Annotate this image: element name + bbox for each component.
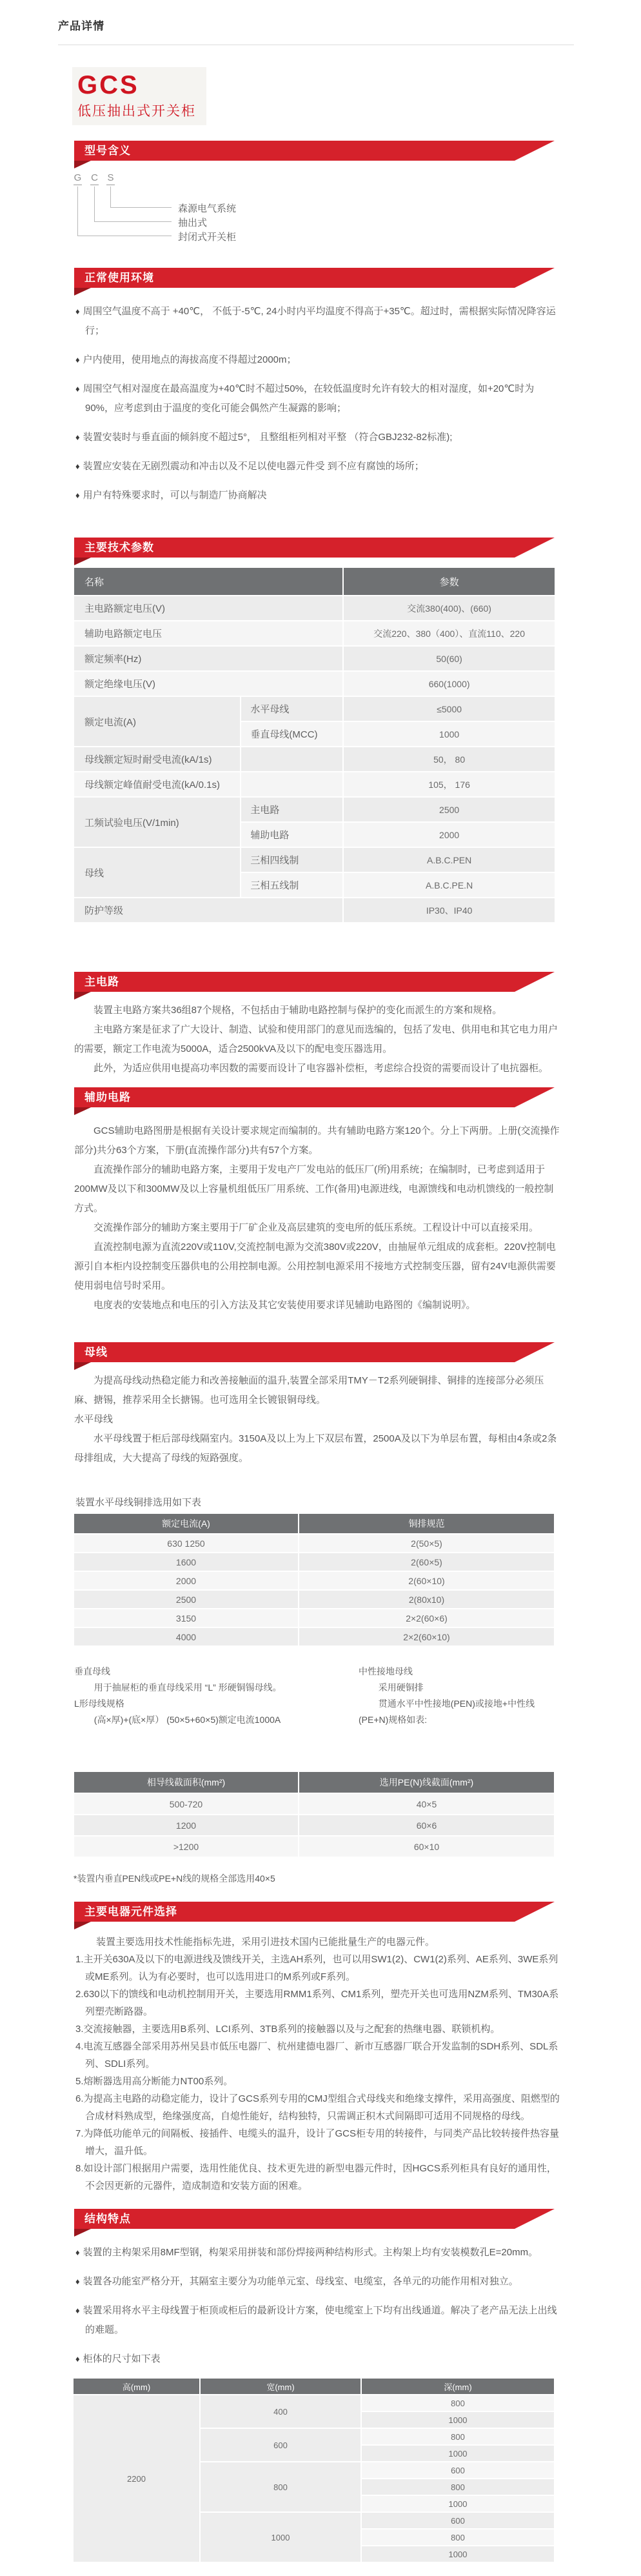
structure-bullet: 装置的主构架采用8MF型钢，构架采用拼装和部份焊接两种结构形式。主构架上均有安装… <box>75 2243 562 2262</box>
component-item: 2.630以下的馈线和电动机控制用开关，主要选用RMM1系列、CM1系列，塑壳开… <box>75 1986 564 2020</box>
depth-cell: 600 <box>362 2513 554 2530</box>
param-value: 50(60) <box>344 647 555 672</box>
component-item: 6.为提高主电路的动稳定能力，设计了GCS系列专用的CMJ型组合式母线夹和绝缘支… <box>75 2090 564 2125</box>
section-heading: 主电路 <box>74 972 555 992</box>
environment-bullets: 周围空气温度不高于 +40℃， 不低于-5℃, 24小时内平均温度不得高于+35… <box>75 302 562 505</box>
paragraph: 交流操作部分的辅助方案主要用于厂矿企业及高层建筑的变电所的低压系统。工程设计中可… <box>74 1218 562 1238</box>
table-cell: 2×2(60×6) <box>299 1609 554 1628</box>
paragraph: GCS辅助电路图册是根据有关设计要求规定而编制的。共有辅助电路方案120个。分上… <box>74 1122 562 1160</box>
product-subtitle: 低压抽出式开关柜 <box>77 101 196 120</box>
table-cell: 2(60×10) <box>299 1572 554 1591</box>
param-sublabel: 三相四线制 <box>241 848 344 873</box>
section-ribbon-main-circuit: 主电路 <box>74 972 555 992</box>
section-ribbon-aux-circuit: 辅助电路 <box>74 1087 555 1107</box>
param-sublabel-empty <box>241 772 344 798</box>
section-heading: 结构特点 <box>74 2209 555 2229</box>
model-meaning-diagram: G C S 森源电气系统 抽出式 封闭式开关柜 <box>74 172 641 252</box>
table-cell: 2(80x10) <box>299 1591 554 1609</box>
horizontal-busbar-title: 水平母线 <box>74 1410 562 1429</box>
table-cell: 60×10 <box>299 1836 554 1858</box>
page-title: 产品详情 <box>58 20 104 32</box>
l-busbar-spec-title: L形母线规格 <box>74 1696 359 1712</box>
ribbon-bar: 正常使用环境 <box>74 268 555 288</box>
env-bullet: 装置应安装在无剧烈震动和冲击以及不足以使电器元件受 到不应有腐蚀的场所； <box>75 457 562 476</box>
param-value: 105， 176 <box>344 772 555 798</box>
ribbon-bar: 主要电器元件选择 <box>74 1902 555 1922</box>
table-cell: 500-720 <box>74 1794 299 1815</box>
pe-table-footnote: *装置内垂直PEN线或PE+N线的规格全部选用40×5 <box>74 1872 641 1885</box>
section-ribbon-model-meaning: 型号含义 <box>74 141 555 161</box>
env-bullet: 用户有特殊要求时，可以与制造厂协商解决 <box>75 486 562 505</box>
param-sublabel-empty <box>241 747 344 772</box>
param-sublabel: 水平母线 <box>241 697 344 722</box>
table-cell: 2×2(60×10) <box>299 1628 554 1647</box>
param-value: 660(1000) <box>344 672 555 697</box>
main-circuit-text: 装置主电路方案共36组87个规格，不包括由于辅助电路控制与保护的变化而派生的方案… <box>74 1001 562 1078</box>
neutral-busbar-title: 中性接地母线 <box>359 1664 562 1680</box>
vertical-busbar-desc: 用于抽屉柜的垂直母线采用 “L” 形硬铜锡母线。 <box>74 1680 359 1696</box>
components-intro: 装置主要选用技术性能指标先进，采用引进技术国内已能批量生产的电器元件。 <box>77 1933 564 1951</box>
product-logo: GCS 低压抽出式开关柜 <box>72 67 206 125</box>
width-cell: 1000 <box>201 2513 362 2563</box>
param-label: 额定频率(Hz) <box>74 647 344 672</box>
model-letter-g: G <box>74 172 82 185</box>
section-ribbon-tech-params: 主要技术参数 <box>74 538 555 558</box>
env-bullet: 周围空气相对湿度在最高温度为+40℃时不超过50%，在较低温度时允许有较大的相对… <box>75 379 562 418</box>
model-letter-s: S <box>106 172 115 185</box>
ribbon-bar: 主要技术参数 <box>74 538 555 558</box>
param-value: IP30、IP40 <box>344 898 555 923</box>
component-item: 8.如设计部门根据用户需要，选用性能优良、技术更先进的新型电器元件时，因HGCS… <box>75 2160 564 2195</box>
structure-bullet: 柜体的尺寸如下表 <box>75 2350 562 2369</box>
table-cell: 2(50×5) <box>299 1535 554 1553</box>
bottom-padding <box>0 2563 641 2576</box>
diagram-line <box>94 186 95 221</box>
width-cell: 400 <box>201 2395 362 2429</box>
model-label-g: 封闭式开关柜 <box>178 230 236 243</box>
structure-bullet: 装置各功能室严格分开，其隔室主要分为功能单元室、母线室、电缆室，各单元的功能作用… <box>75 2272 562 2291</box>
page-header: 产品详情 <box>0 0 641 33</box>
components-list: 装置主要选用技术性能指标先进，采用引进技术国内已能批量生产的电器元件。 1.主开… <box>75 1933 564 2195</box>
section-heading: 母线 <box>74 1342 555 1362</box>
column-header: 参数 <box>344 568 555 596</box>
param-value: A.B.C.PE.N <box>344 873 555 898</box>
ribbon-bar: 辅助电路 <box>74 1087 555 1107</box>
paragraph: 为提高母线动热稳定能力和改善接触面的温升,装置全部采用TMY－T2系列硬铜排、铜… <box>74 1371 562 1410</box>
header-divider <box>58 45 574 45</box>
column-header: 铜排规范 <box>299 1514 554 1535</box>
column-header: 选用PE(N)线截面(mm²) <box>299 1772 554 1794</box>
param-sublabel: 垂直母线(MCC) <box>241 722 344 747</box>
depth-cell: 800 <box>362 2429 554 2446</box>
table-cell: 1600 <box>74 1553 299 1572</box>
depth-cell: 800 <box>362 2530 554 2546</box>
table-cell: 1200 <box>74 1815 299 1836</box>
paragraph: 直流操作部分的辅助电路方案，主要用于发电产厂发电站的低压厂(所)用系统；在编制时… <box>74 1160 562 1218</box>
height-cell: 2200 <box>74 2395 201 2563</box>
paragraph: 电度表的安装地点和电压的引入方法及其它安装使用要求详见辅助电路图的《编制说明》。 <box>74 1296 562 1315</box>
aux-circuit-text: GCS辅助电路图册是根据有关设计要求规定而编制的。共有辅助电路方案120个。分上… <box>74 1122 562 1315</box>
env-bullet: 周围空气温度不高于 +40℃， 不低于-5℃, 24小时内平均温度不得高于+35… <box>75 302 562 341</box>
section-heading: 正常使用环境 <box>74 268 555 288</box>
depth-cell: 800 <box>362 2479 554 2496</box>
param-sublabel: 三相五线制 <box>241 873 344 898</box>
diagram-line <box>77 236 172 236</box>
paragraph: 直流控制电源为直流220V或110V,交流控制电源为交流380V或220V，由抽… <box>74 1238 562 1296</box>
table-cell: 2000 <box>74 1572 299 1591</box>
section-ribbon-structure: 结构特点 <box>74 2209 555 2229</box>
param-value: 交流380(400)、(660) <box>344 596 555 621</box>
cabinet-dimensions-table: 高(mm) 宽(mm) 深(mm) 2200 400 800 1000 600 … <box>74 2379 554 2563</box>
column-header: 额定电流(A) <box>74 1514 299 1535</box>
param-label: 辅助电路额定电压 <box>74 621 344 647</box>
param-label: 工频试验电压(V/1min) <box>74 798 241 848</box>
tech-params-table: 名称 参数 主电路额定电压(V) 交流380(400)、(660) 辅助电路额定… <box>74 568 555 923</box>
table-cell: 2(60×5) <box>299 1553 554 1572</box>
product-detail-page: 产品详情 GCS 低压抽出式开关柜 型号含义 G C S 森源电气系统 抽出式 … <box>0 0 641 2576</box>
param-value: 2500 <box>344 798 555 823</box>
column-header: 相导线截面积(mm²) <box>74 1772 299 1794</box>
component-item: 3.交流接触器，主要选用B系列、LCI系列、3TB系列的接触器以及与之配套的热继… <box>75 2020 564 2038</box>
section-heading: 辅助电路 <box>74 1087 555 1107</box>
table-cell: 60×6 <box>299 1815 554 1836</box>
component-item: 5.熔断器选用高分断能力NT00系列。 <box>75 2073 564 2090</box>
env-bullet: 装置安装时与垂直面的倾斜度不超过5°， 且整组柜列相对平整 （符合GBJ232-… <box>75 428 562 447</box>
neutral-busbar-line: 采用硬铜排 <box>359 1680 562 1696</box>
depth-cell: 1000 <box>362 2546 554 2563</box>
column-header: 名称 <box>74 568 344 596</box>
section-ribbon-components: 主要电器元件选择 <box>74 1902 555 1922</box>
param-value: ≤5000 <box>344 697 555 722</box>
param-value: 2000 <box>344 823 555 848</box>
diagram-line <box>94 221 172 222</box>
neutral-busbar-line: 贯通水平中性接地(PEN)或接地+中性线 <box>359 1696 562 1712</box>
param-label: 母线额定短时耐受电流(kA/1s) <box>74 747 241 772</box>
selection-table-caption: 装置水平母线铜排选用如下表 <box>75 1495 641 1509</box>
vertical-busbar-title: 垂直母线 <box>74 1664 359 1680</box>
model-label-s: 森源电气系统 <box>178 201 236 215</box>
depth-cell: 800 <box>362 2395 554 2412</box>
param-sublabel: 辅助电路 <box>241 823 344 848</box>
product-name: GCS <box>77 72 196 98</box>
depth-cell: 1000 <box>362 2446 554 2462</box>
param-value: 交流220、380（400）、直流110、220 <box>344 621 555 647</box>
depth-cell: 600 <box>362 2462 554 2479</box>
column-header: 宽(mm) <box>201 2379 362 2395</box>
table-cell: 2500 <box>74 1591 299 1609</box>
column-header: 高(mm) <box>74 2379 201 2395</box>
table-cell: 630 1250 <box>74 1535 299 1553</box>
model-letter-c: C <box>90 172 99 185</box>
paragraph: 此外，为适应供用电提高功率因数的需要而设计了电容器补偿柜，考虑综合投资的需要而设… <box>74 1059 562 1078</box>
horizontal-busbar-table: 额定电流(A) 铜排规范 630 1250 2(50×5) 1600 2(60×… <box>74 1514 554 1647</box>
diagram-line <box>110 186 111 207</box>
depth-cell: 1000 <box>362 2412 554 2429</box>
paragraph: 装置主电路方案共36组87个规格，不包括由于辅助电路控制与保护的变化而派生的方案… <box>74 1001 562 1020</box>
env-bullet: 户内使用，使用地点的海拔高度不得超过2000m； <box>75 350 562 370</box>
paragraph: 水平母线置于柜后部母线隔室内。3150A及以上为上下双层布置，2500A及以下为… <box>74 1429 562 1468</box>
neutral-busbar-line: (PE+N)规格如表: <box>359 1712 562 1728</box>
param-label: 主电路额定电压(V) <box>74 596 344 621</box>
depth-cell: 1000 <box>362 2496 554 2513</box>
ribbon-bar: 结构特点 <box>74 2209 555 2229</box>
pe-n-table: 相导线截面积(mm²) 选用PE(N)线截面(mm²) 500-720 40×5… <box>74 1772 554 1858</box>
busbar-notes: 垂直母线 用于抽屉柜的垂直母线采用 “L” 形硬铜锡母线。 L形母线规格 (高×… <box>74 1664 564 1728</box>
diagram-line <box>110 207 172 208</box>
component-item: 7.为降低功能单元的间隔板、接插件、电缆头的温升，设计了GCS柜专用的转接件，与… <box>75 2125 564 2160</box>
param-value: 50， 80 <box>344 747 555 772</box>
param-sublabel: 主电路 <box>241 798 344 823</box>
busbar-text: 为提高母线动热稳定能力和改善接触面的温升,装置全部采用TMY－T2系列硬铜排、铜… <box>74 1371 562 1468</box>
vertical-busbar-notes: 垂直母线 用于抽屉柜的垂直母线采用 “L” 形硬铜锡母线。 L形母线规格 (高×… <box>74 1664 359 1728</box>
structure-bullet: 装置采用将水平主母线置于柜顶或柜后的最新设计方案，使电缆室上下均有出线通道。解决… <box>75 2301 562 2340</box>
table-cell: >1200 <box>74 1836 299 1858</box>
table-cell: 4000 <box>74 1628 299 1647</box>
ribbon-bar: 母线 <box>74 1342 555 1362</box>
param-label: 额定绝缘电压(V) <box>74 672 344 697</box>
param-label: 母线 <box>74 848 241 898</box>
width-cell: 800 <box>201 2462 362 2513</box>
model-label-c: 抽出式 <box>178 216 207 229</box>
section-heading: 型号含义 <box>74 141 555 161</box>
param-label: 额定电流(A) <box>74 697 241 747</box>
component-item: 1.主开关630A及以下的电源进线及馈线开关，主选AH系列，也可以用SW1(2)… <box>75 1951 564 1986</box>
l-busbar-spec: (高×厚)+(底×厚） (50×5+60×5)额定电流1000A <box>74 1712 359 1728</box>
param-label: 母线额定峰值耐受电流(kA/0.1s) <box>74 772 241 798</box>
param-value: 1000 <box>344 722 555 747</box>
section-ribbon-busbar: 母线 <box>74 1342 555 1362</box>
param-value: A.B.C.PEN <box>344 848 555 873</box>
param-label: 防护等级 <box>74 898 344 923</box>
component-item: 4.电流互感器全部采用苏州吴县市低压电器厂、杭州建德电器厂、新市互感器厂联合开发… <box>75 2038 564 2073</box>
section-ribbon-environment: 正常使用环境 <box>74 268 555 288</box>
structure-bullets: 装置的主构架采用8MF型钢，构架采用拼装和部份焊接两种结构形式。主构架上均有安装… <box>75 2243 562 2369</box>
section-heading: 主要技术参数 <box>74 538 555 558</box>
paragraph: 主电路方案是征求了广大设计、制造、试验和使用部门的意见而选编的，包括了发电、供用… <box>74 1020 562 1059</box>
ribbon-bar: 型号含义 <box>74 141 555 161</box>
table-cell: 3150 <box>74 1609 299 1628</box>
width-cell: 600 <box>201 2429 362 2462</box>
diagram-line <box>77 186 78 236</box>
section-heading: 主要电器元件选择 <box>74 1902 555 1922</box>
column-header: 深(mm) <box>362 2379 554 2395</box>
table-cell: 40×5 <box>299 1794 554 1815</box>
ribbon-bar: 主电路 <box>74 972 555 992</box>
neutral-busbar-notes: 中性接地母线 采用硬铜排 贯通水平中性接地(PEN)或接地+中性线 (PE+N)… <box>359 1664 562 1728</box>
